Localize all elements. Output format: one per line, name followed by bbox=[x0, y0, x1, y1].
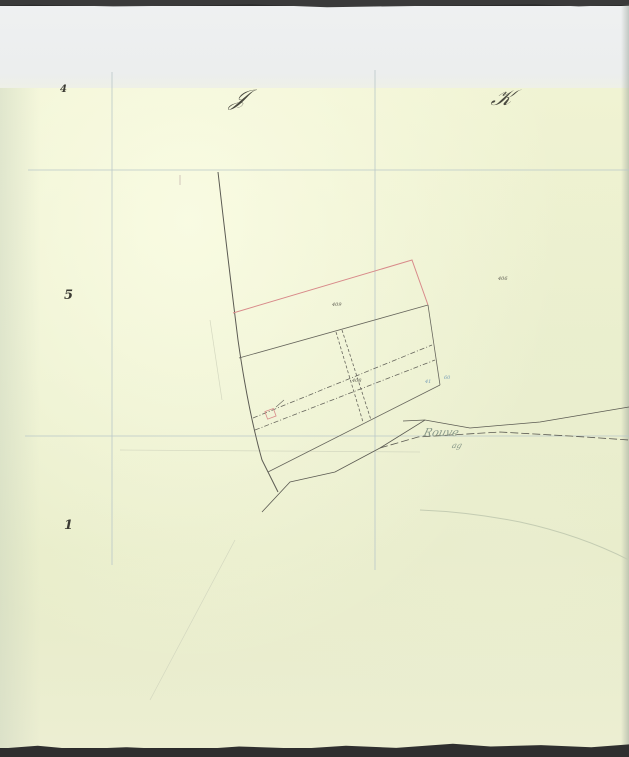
blue-annotation-1: 41 bbox=[425, 379, 431, 385]
scanned-map-sheet: 𝒥 𝒦 4 5 1 409 408 406 41 60 Rouve ag bbox=[0, 0, 629, 757]
parcel-number-upper: 409 bbox=[332, 302, 342, 308]
road-name-label: Rouve bbox=[422, 426, 460, 439]
dashed-path-north bbox=[253, 345, 432, 418]
road-south-edge bbox=[380, 432, 629, 448]
grid-lines bbox=[25, 70, 629, 570]
parcel-east-edge bbox=[428, 305, 440, 385]
road-lines bbox=[262, 407, 629, 512]
dashed-path-south bbox=[255, 360, 435, 430]
map-drawing bbox=[0, 0, 629, 757]
west-boundary-line bbox=[218, 172, 278, 492]
paper-crease bbox=[420, 510, 629, 560]
blue-annotation-2: 60 bbox=[444, 375, 450, 381]
parcel-boundaries bbox=[239, 305, 440, 472]
crossing-path-b bbox=[342, 330, 371, 420]
parcel-south-edge bbox=[268, 385, 440, 472]
road-north-edge bbox=[262, 407, 629, 512]
red-building-marker bbox=[265, 409, 276, 420]
parcel-number-east: 406 bbox=[498, 276, 508, 282]
grid-row-label-4: 4 bbox=[60, 84, 67, 95]
red-parcel-boundary bbox=[233, 260, 428, 313]
crossing-path-a bbox=[336, 332, 363, 422]
grid-row-label-6: 1 bbox=[64, 518, 73, 533]
parcel-divider-1 bbox=[239, 305, 428, 358]
parcel-number-crossing: 408 bbox=[352, 378, 362, 384]
grid-row-label-5: 5 bbox=[64, 288, 73, 303]
road-junction bbox=[403, 420, 425, 421]
